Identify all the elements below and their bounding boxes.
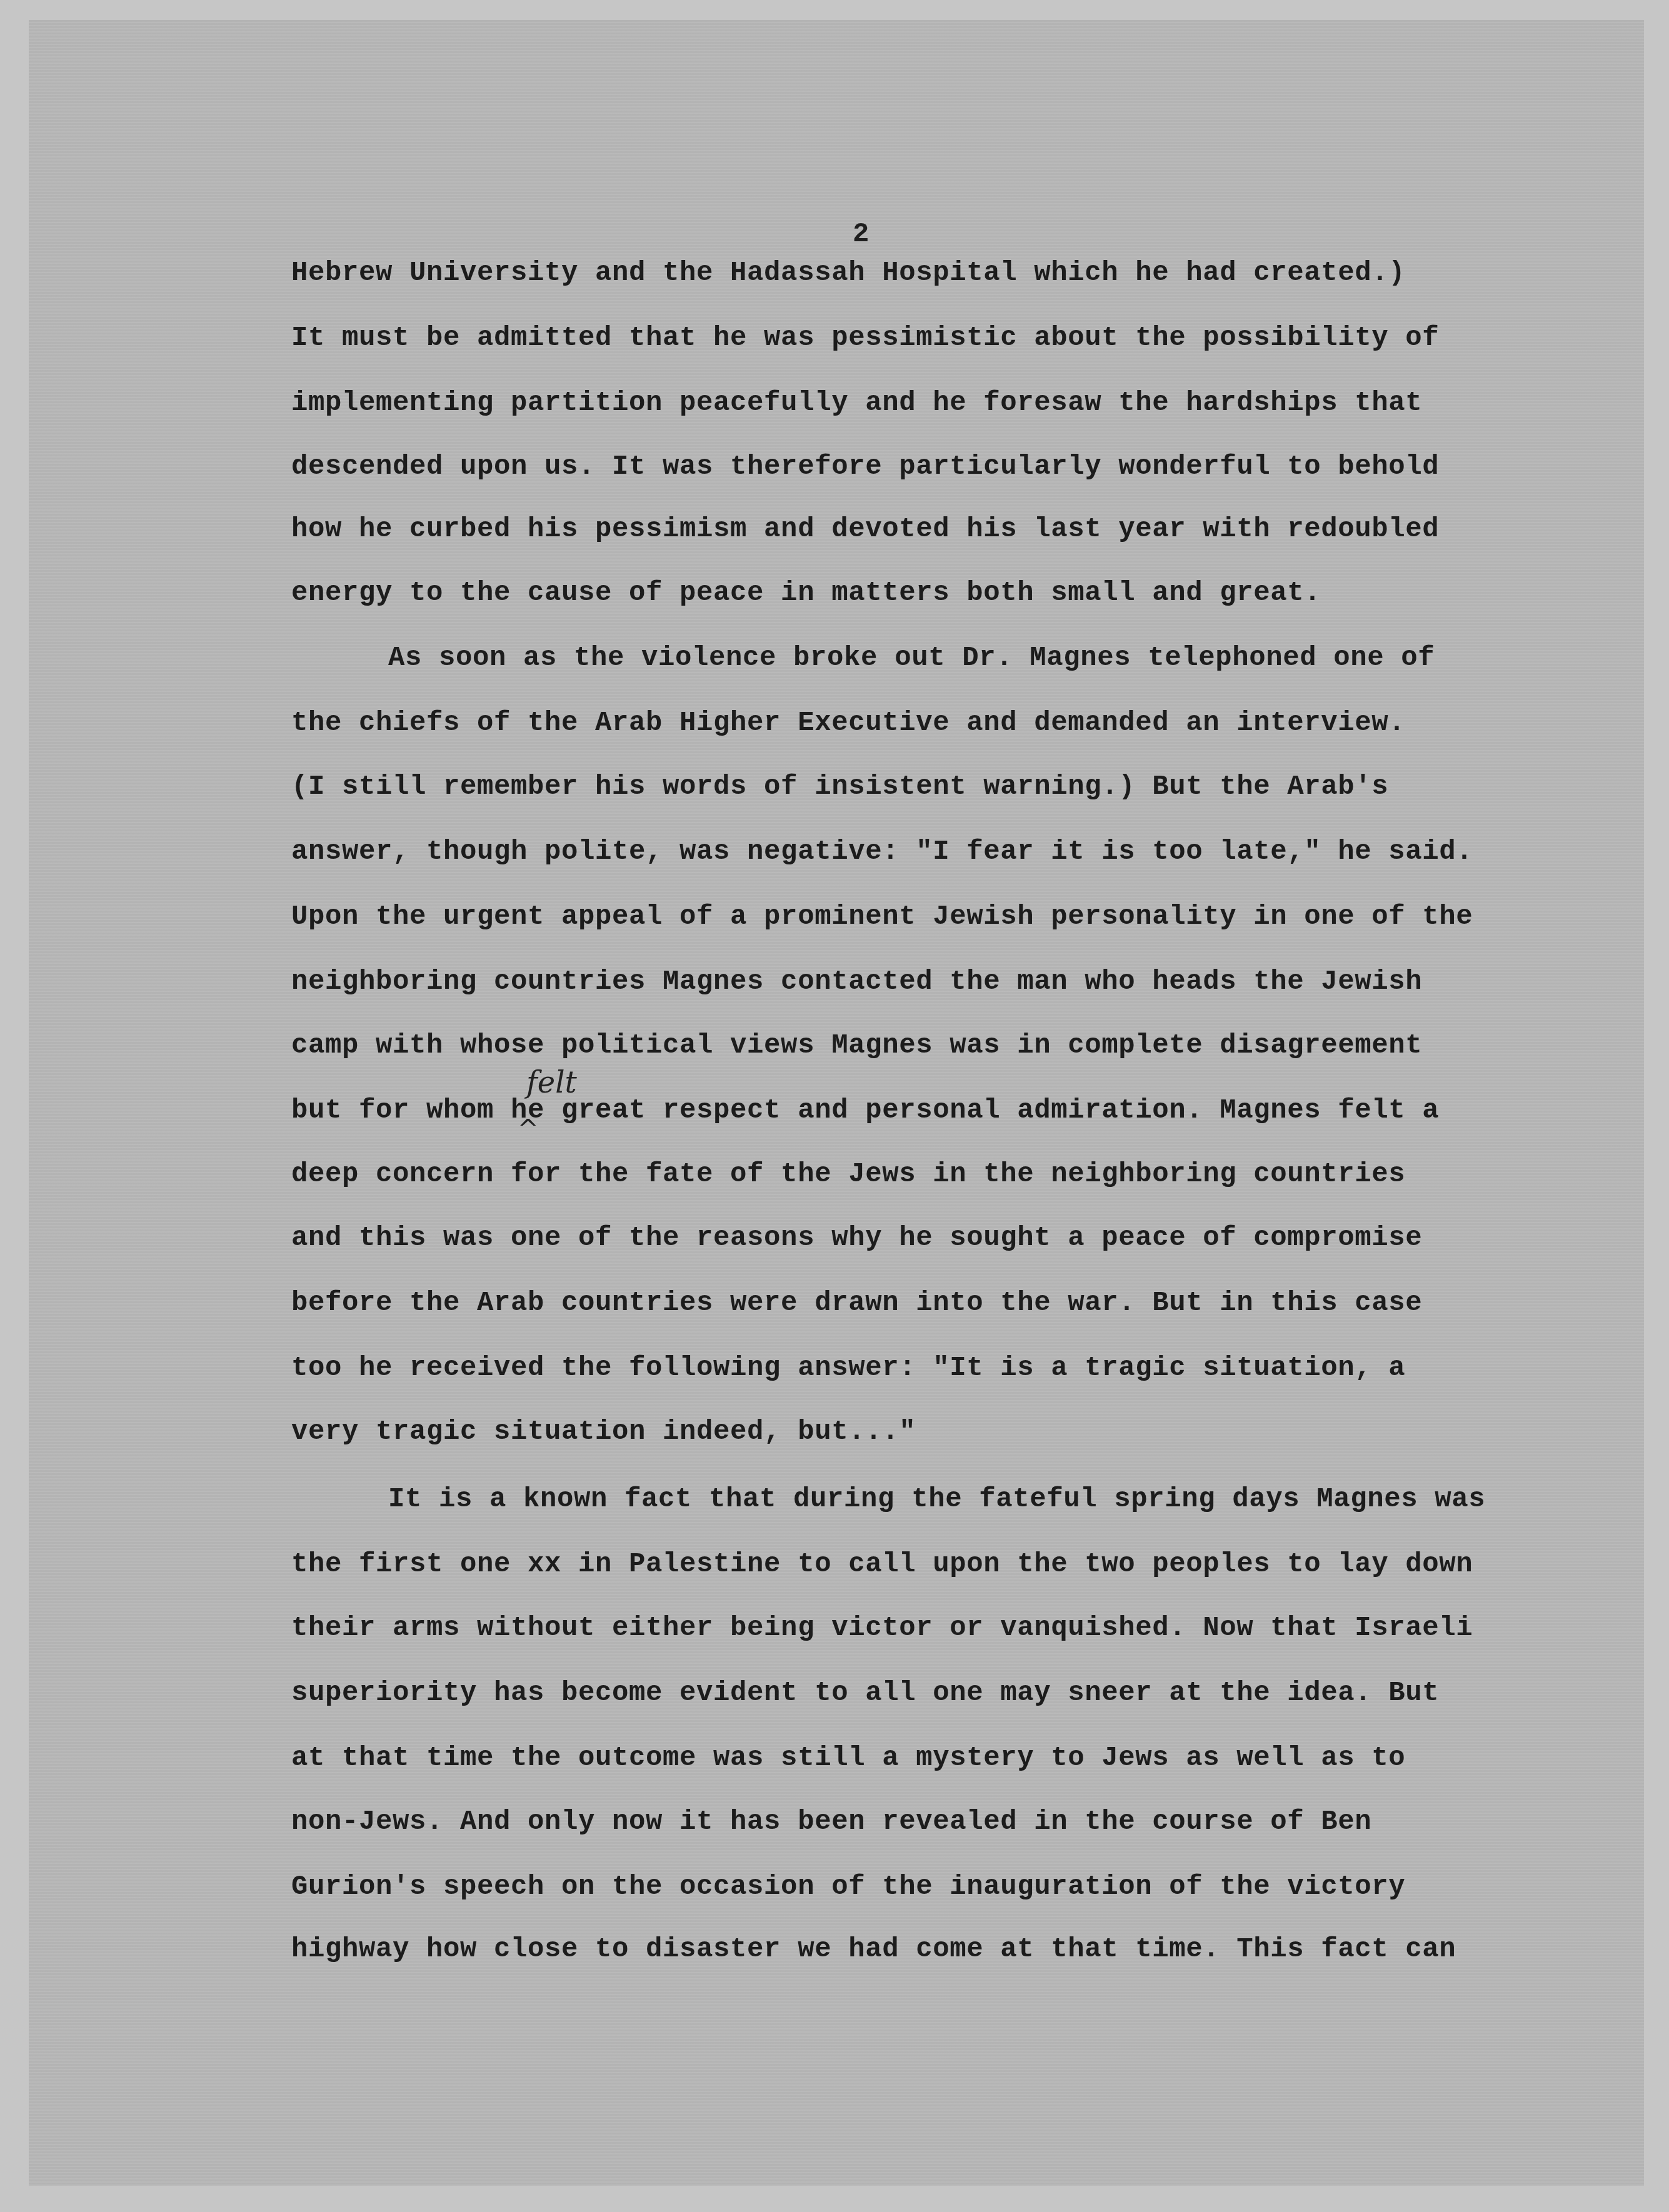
text-line: non-Jews. And only now it has been revea…: [291, 1806, 1371, 1838]
paragraph-start-line: It is a known fact that during the fatef…: [388, 1484, 1485, 1515]
text-line: neighboring countries Magnes contacted t…: [291, 966, 1422, 998]
insertion-caret-icon: ^: [518, 1115, 539, 1144]
text-line: their arms without either being victor o…: [291, 1613, 1473, 1644]
text-line: and this was one of the reasons why he s…: [291, 1223, 1422, 1254]
text-line: implementing partition peacefully and he…: [291, 388, 1422, 419]
text-line: very tragic situation indeed, but...": [291, 1416, 916, 1448]
text-line: highway how close to disaster we had com…: [291, 1934, 1456, 1965]
page-number: 2: [853, 219, 869, 250]
text-line: at that time the outcome was still a mys…: [291, 1743, 1405, 1774]
text-line: answer, though polite, was negative: "I …: [291, 836, 1473, 868]
text-line: deep concern for the fate of the Jews in…: [291, 1159, 1405, 1190]
typewritten-page: 2 Hebrew University and the Hadassah Hos…: [29, 20, 1644, 2186]
text-line: Upon the urgent appeal of a prominent Je…: [291, 901, 1473, 933]
paragraph-start-line: As soon as the violence broke out Dr. Ma…: [388, 643, 1435, 674]
text-line: Hebrew University and the Hadassah Hospi…: [291, 258, 1405, 289]
text-line: (I still remember his words of insistent…: [291, 771, 1388, 803]
text-line: too he received the following answer: "I…: [291, 1353, 1405, 1384]
text-line: before the Arab countries were drawn int…: [291, 1288, 1422, 1319]
text-line: camp with whose political views Magnes w…: [291, 1030, 1422, 1061]
text-line: Gurion's speech on the occasion of the i…: [291, 1871, 1405, 1903]
handwritten-insertion: felt: [526, 1065, 577, 1100]
text-line: descended upon us. It was therefore part…: [291, 451, 1439, 483]
text-line: energy to the cause of peace in matters …: [291, 578, 1321, 609]
text-line: how he curbed his pessimism and devoted …: [291, 514, 1439, 545]
text-line: superiority has become evident to all on…: [291, 1678, 1439, 1709]
text-line: the first one xx in Palestine to call up…: [291, 1549, 1473, 1580]
text-line: It must be admitted that he was pessimis…: [291, 323, 1439, 354]
text-line: the chiefs of the Arab Higher Executive …: [291, 708, 1405, 739]
text-line: but for whom he great respect and person…: [291, 1095, 1439, 1126]
